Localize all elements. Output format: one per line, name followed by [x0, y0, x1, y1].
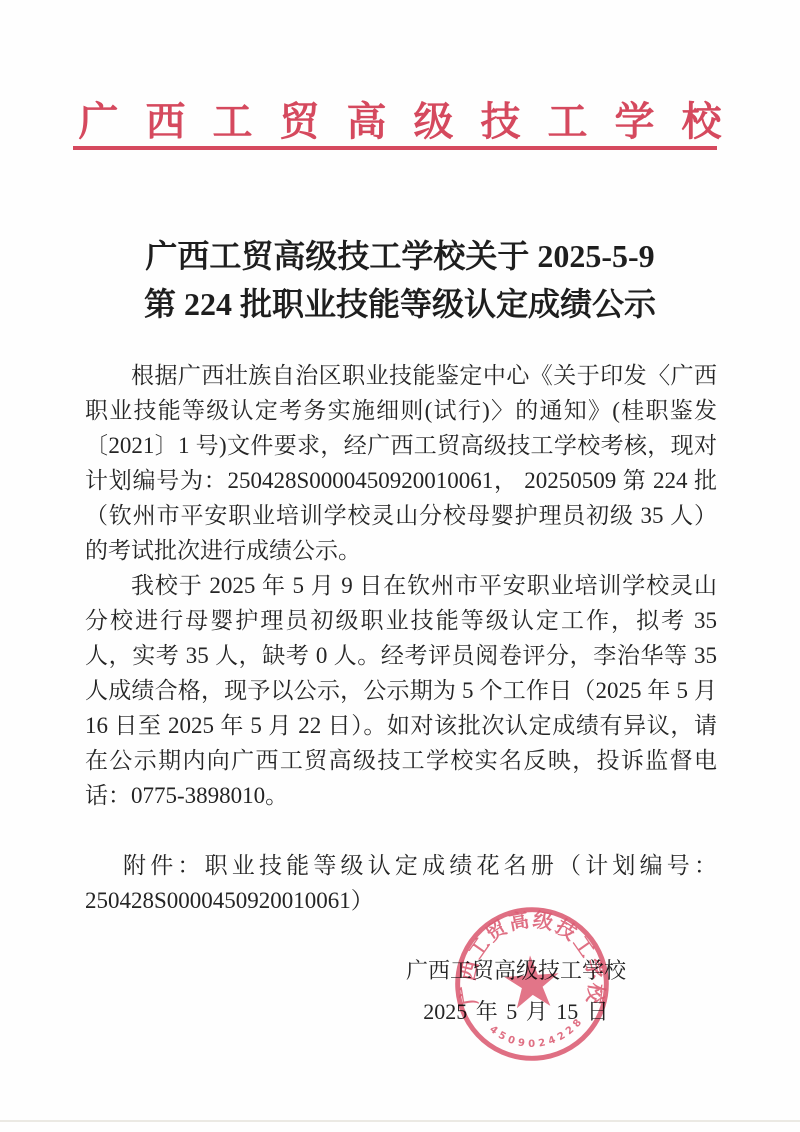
seal-star-icon: [503, 954, 561, 1009]
official-seal-stamp: 广西工贸高级技工学校 4509024228828: [446, 898, 619, 1071]
seal-graphic: 广西工贸高级技工学校 4509024228828: [446, 898, 619, 1071]
document-title-line1: 广西工贸高级技工学校关于 2025-5-9: [145, 238, 654, 274]
letterhead-title: 广 西 工 贸 高 级 技 工 学 校: [0, 90, 800, 147]
document-title-line2: 第 224 批职业技能等级认定成绩公示: [144, 286, 656, 322]
paragraph-results: 我校于 2025 年 5 月 9 日在钦州市平安职业培训学校灵山分校进行母婴护理…: [85, 568, 717, 813]
document-page: 广 西 工 贸 高 级 技 工 学 校 广西工贸高级技工学校关于 2025-5-…: [0, 0, 800, 1132]
scan-edge-line: [0, 1120, 800, 1122]
letterhead-divider: [73, 146, 717, 150]
paragraph-basis: 根据广西壮族自治区职业技能鉴定中心《关于印发〈广西职业技能等级认定考务实施细则(…: [85, 358, 717, 568]
document-title: 广西工贸高级技工学校关于 2025-5-9 第 224 批职业技能等级认定成绩公…: [0, 232, 800, 328]
document-body: 根据广西壮族自治区职业技能鉴定中心《关于印发〈广西职业技能等级认定考务实施细则(…: [85, 358, 717, 918]
attachment-note: 附件：职业技能等级认定成绩花名册（计划编号：250428S00004509200…: [85, 848, 717, 918]
